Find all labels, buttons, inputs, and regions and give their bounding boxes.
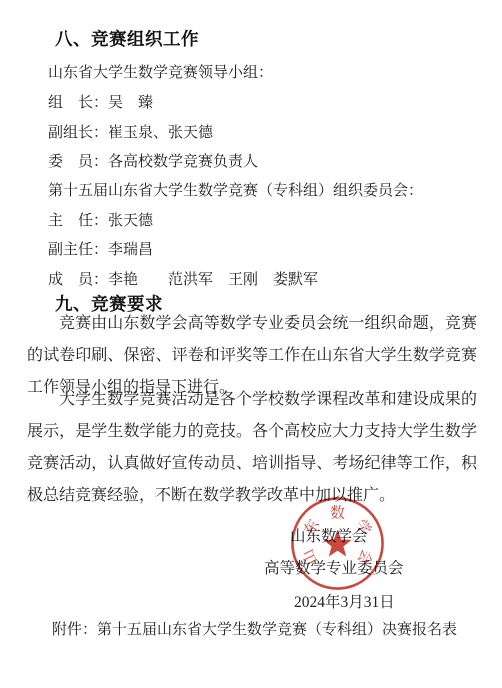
leading-group-title-line: 山东省大学生数学竞赛领导小组： (48, 61, 273, 82)
group-leader-line: 组 长：吴 臻 (48, 91, 153, 112)
seal-ring-char: 东 (301, 517, 323, 539)
star-icon (323, 530, 351, 557)
committee-members-line: 委 员：各高校数学竞赛负责人 (48, 150, 258, 171)
document-page: 八、竞赛组织工作 山东省大学生数学竞赛领导小组： 组 长：吴 臻 副组长：崔玉泉… (0, 0, 502, 688)
deputy-leader-line: 副组长：崔玉泉、张天德 (48, 121, 213, 142)
director-line: 主 任：张天德 (48, 209, 153, 230)
seal-ring-char: 学 (352, 517, 374, 539)
seal-ring-char: 会 (354, 546, 376, 567)
requirements-paragraph-2: 大学生数学竞赛活动是各个学校数学课程改革和建设成果的展示，是学生数学能力的竞技。… (27, 384, 477, 512)
signature-date: 2024年3月31日 (294, 590, 395, 612)
seal-ring-char: 数 (330, 505, 345, 522)
deputy-director-line: 副主任：李瑞昌 (48, 238, 153, 259)
section-8-heading: 八、竞赛组织工作 (55, 26, 199, 51)
seal-ring-char: 山 (299, 546, 321, 567)
attachment-line: 附件：第十五届山东省大学生数学竞赛（专科组）决赛报名表 (52, 618, 457, 639)
official-seal: 山 东 数 学 会 (288, 494, 387, 593)
organizing-committee-title-line: 第十五届山东省大学生数学竞赛（专科组）组织委员会： (48, 179, 423, 200)
members-line: 成 员：李艳 范洪军 王刚 娄默军 (48, 268, 318, 289)
